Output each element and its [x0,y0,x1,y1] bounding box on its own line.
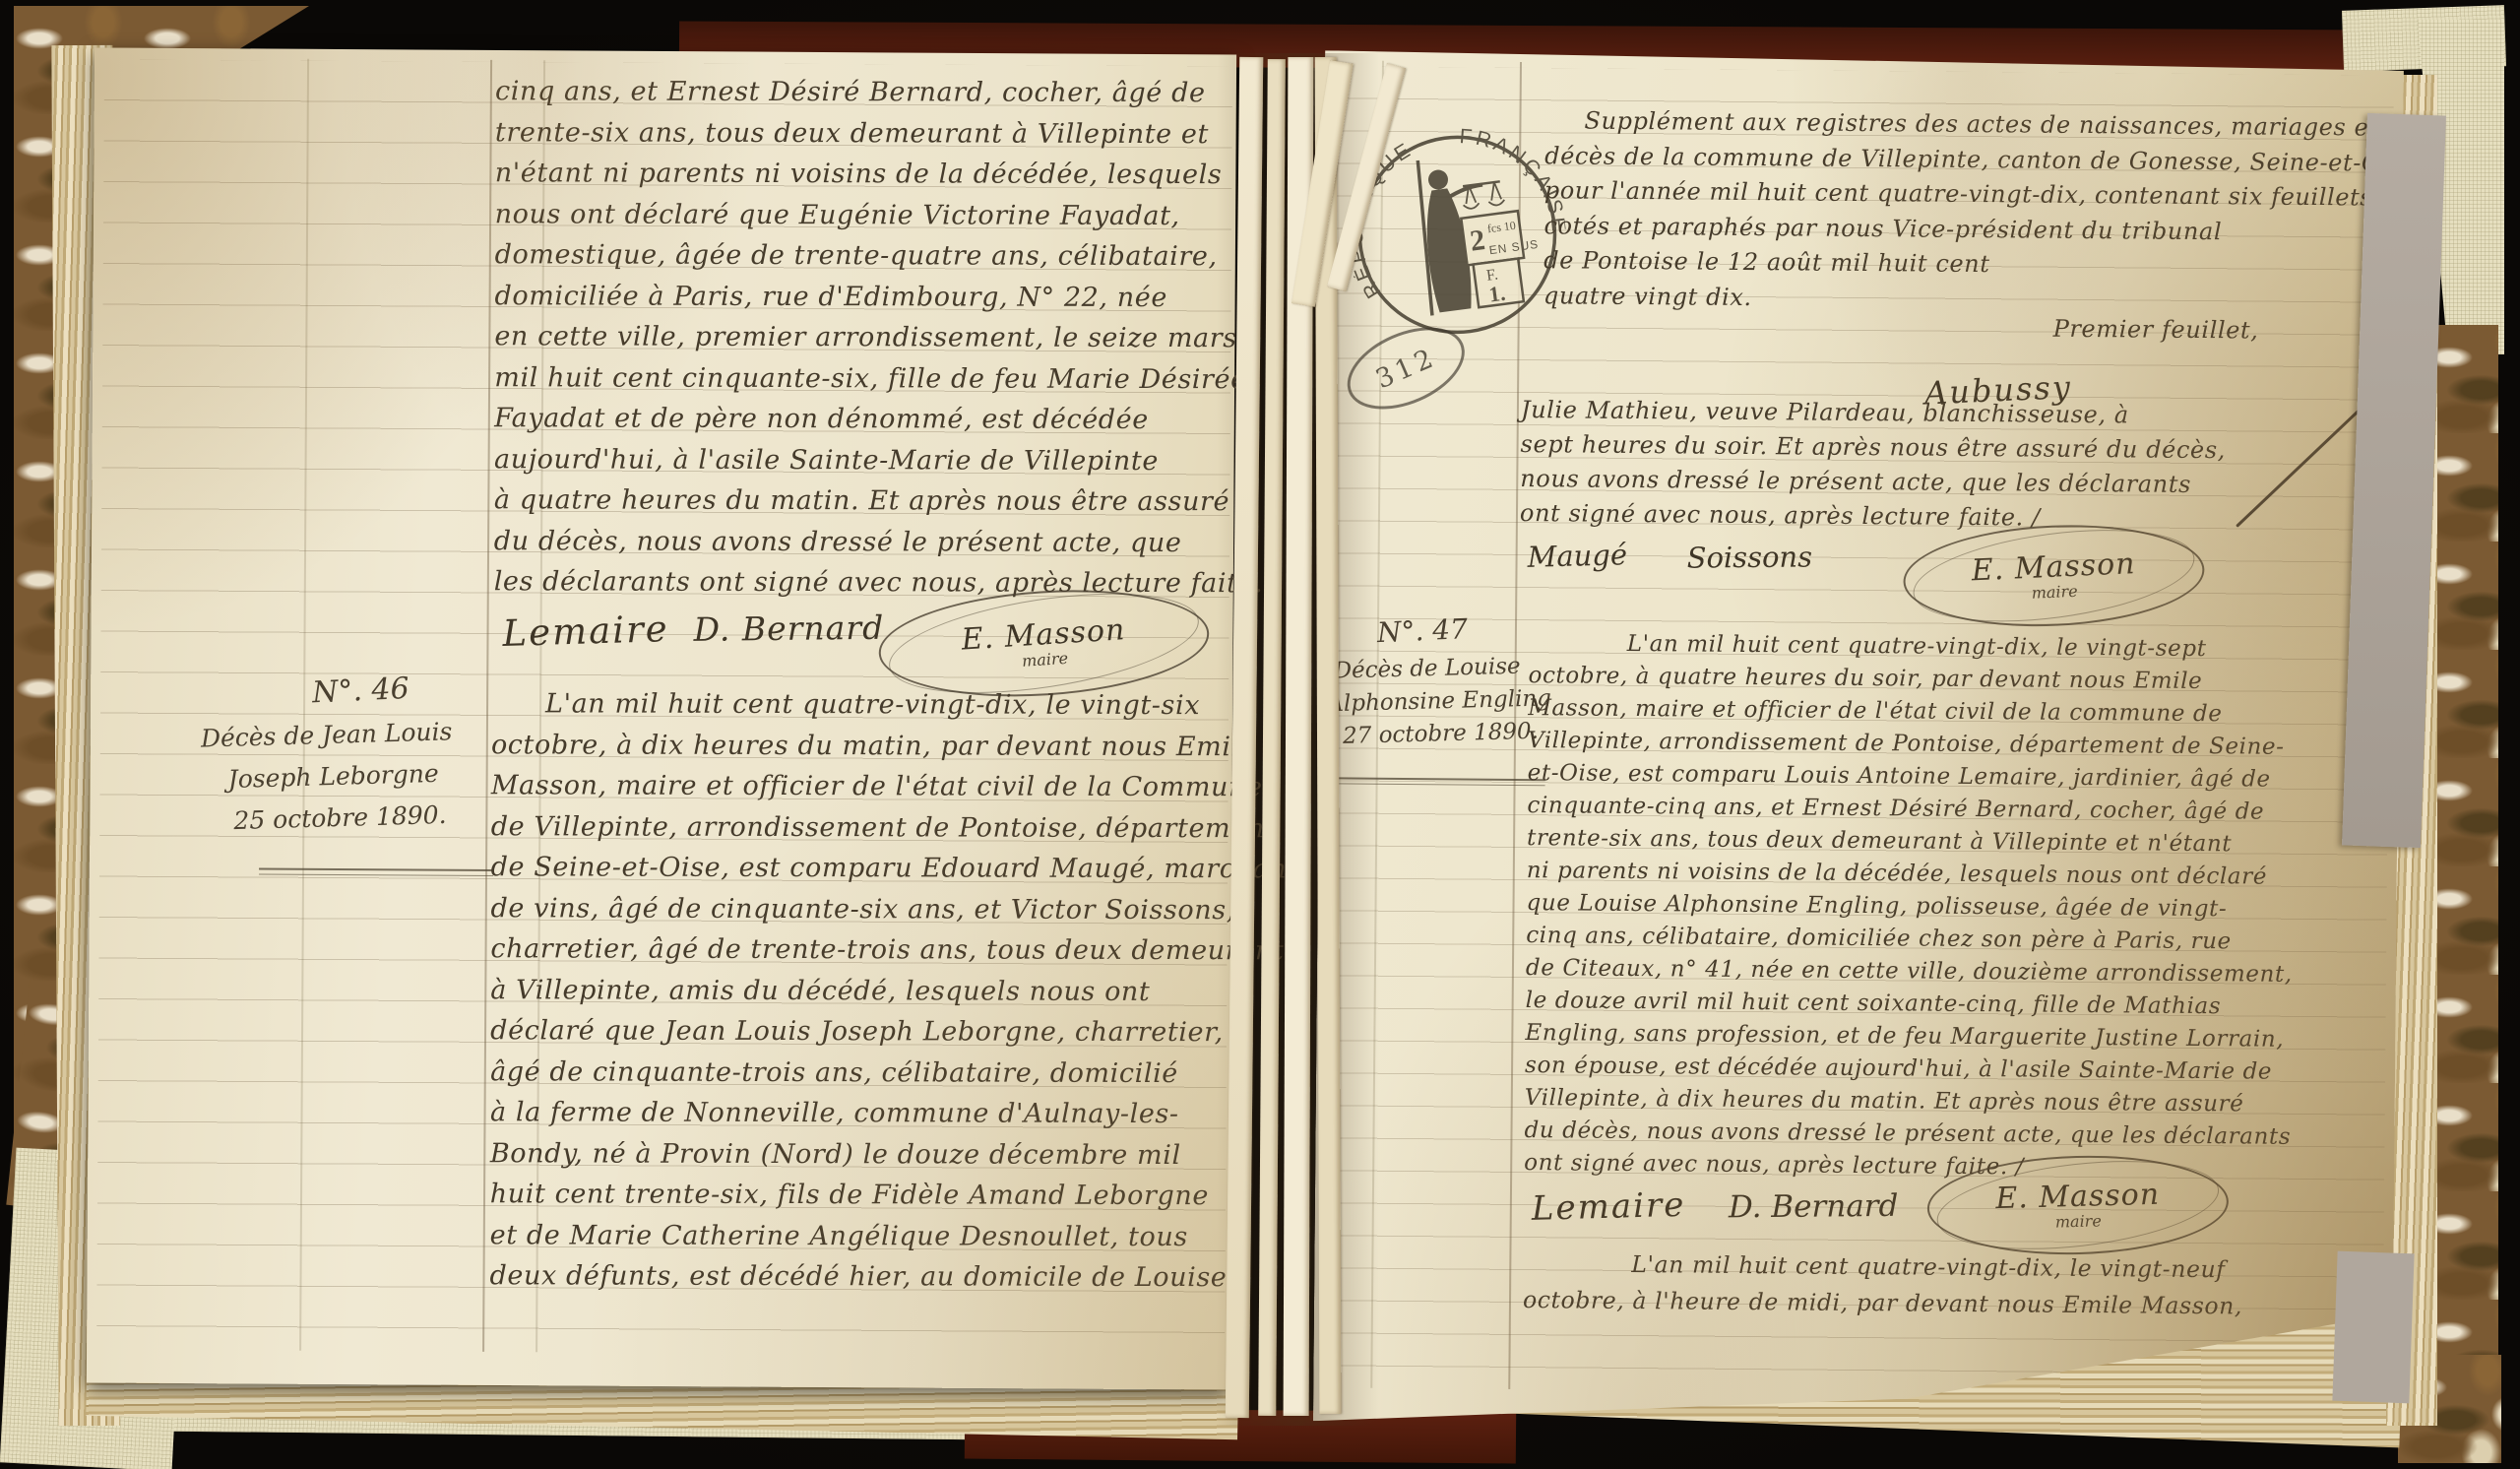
handwritten-line: octobre, à dix heures du matin, par deva… [491,725,1225,767]
handwritten-line: déclaré que Jean Louis Joseph Leborgne, … [490,1010,1224,1053]
act-46-text: L'an mil huit cent quatre-vingt-dix, le … [490,683,1226,1298]
handwritten-line: domestique, âgée de trente-quatre ans, c… [495,234,1228,277]
margin-note-46-line1: Décès de Jean Louis [201,717,453,752]
mayor-signature-title: maire [1021,649,1068,671]
handwritten-line: charretier, âgé de trente-trois ans, tou… [490,928,1224,971]
margin-note-47-number: N°. 47 [1376,612,1468,649]
mayor-signature-name: E. Masson [1971,546,2136,588]
handwritten-line: domiciliée à Paris, rue d'Edimbourg, N° … [494,276,1228,318]
handwritten-line: en cette ville, premier arrondissement, … [494,316,1228,358]
left-page: cinq ans, et Ernest Désiré Bernard, coch… [87,47,1236,1389]
handwritten-line: n'étant ni parents ni voisins de la décé… [495,153,1228,195]
supplement-header-text: Supplément aux registres des actes de na… [1543,103,2362,320]
signature-bernard-45: D. Bernard [693,608,884,649]
act-47-text: L'an mil huit cent quatre-vingt-dix, le … [1524,627,2356,1186]
handwritten-line: Fayadat et de père non dénommé, est décé… [494,398,1228,440]
handwritten-line: et de Marie Catherine Angélique Desnoull… [490,1215,1224,1257]
signature-mauge: Maugé [1527,538,1627,574]
act-48-start-text: L'an mil huit cent quatre-vingt-dix, le … [1523,1245,2351,1325]
handwritten-line: Masson, maire et officier de l'état civi… [491,765,1225,807]
handwritten-line: mil huit cent cinquante-six, fille de fe… [494,357,1228,400]
handwritten-line: huit cent trente-six, fils de Fidèle Ama… [490,1174,1224,1216]
handwritten-line: âgé de cinquante-trois ans, célibataire,… [490,1052,1224,1094]
act-45-continuation-text: cinq ans, et Ernest Désiré Bernard, coch… [494,71,1228,604]
handwritten-line: aujourd'hui, à l'asile Sainte-Marie de V… [494,439,1228,481]
handwritten-line: cinq ans, et Ernest Désiré Bernard, coch… [495,71,1228,113]
stamp-one: 1. [1487,281,1507,307]
handwritten-line: Bondy, né à Provin (Nord) le douze décem… [490,1133,1224,1176]
handwritten-line: à la ferme de Nonneville, commune d'Auln… [490,1092,1224,1134]
mayor-oval-signature-top: E. Masson maire [1901,519,2206,632]
handwritten-line: nous ont déclaré que Eugénie Victorine F… [495,194,1228,236]
handwritten-line: L'an mil huit cent quatre-vingt-dix, le … [491,683,1225,726]
left-margin-rule-inner [299,59,309,1351]
mayor-signature-name: E. Masson [1995,1178,2161,1216]
handwritten-line: deux défunts, est décédé hier, au domici… [490,1255,1224,1298]
signature-bernard-47: D. Bernard [1729,1188,1899,1226]
feuillet-note: Premier feuillet, [2053,315,2259,345]
margin-note-46-line2: Joseph Leborgne [227,759,439,794]
signature-lemaire-47: Lemaire [1531,1185,1685,1229]
margin-note-46-line3: 25 octobre 1890. [233,800,447,835]
handwritten-line: de vins, âgé de cinquante-six ans, et Vi… [490,888,1224,930]
handwritten-line: trente-six ans, tous deux demeurant à Vi… [495,112,1228,155]
handwritten-line: de Seine-et-Oise, est comparu Edouard Ma… [491,847,1225,889]
handwritten-line: à quatre heures du matin. Et après nous … [494,479,1228,522]
handwritten-line: quatre vingt dix. [1543,279,2361,321]
handwritten-line: octobre, à l'heure de midi, par devant n… [1523,1282,2350,1325]
signature-lemaire-45: Lemaire [502,607,669,655]
right-page: RÉPUBLIQUE FRANÇAISE 2 fcs 10 EN SU [1313,50,2404,1431]
handwritten-line: de Villepinte, arrondissement de Pontois… [491,806,1225,849]
signature-soissons: Soissons [1686,540,1812,574]
mayor-signature-title: maire [2055,1211,2102,1231]
handwritten-line: du décès, nous avons dressé le présent a… [494,521,1228,563]
handwritten-line: à Villepinte, amis du décédé, lesquels n… [490,970,1224,1012]
margin-note-46-underline [259,868,493,876]
mayor-signature-title: maire [2031,582,2078,603]
act-continuation-text: Julie Mathieu, veuve Pilardeau, blanchis… [1520,393,2338,538]
blotter-strip-bottom [2332,1251,2414,1404]
handwritten-line: ont signé avec nous, après lecture faite… [1520,496,2337,538]
registration-number: 312 [1371,342,1441,395]
mayor-signature-name: E. Masson [961,612,1127,658]
register-book-photo: cinq ans, et Ernest Désiré Bernard, coch… [0,0,2520,1469]
margin-note-46-number: N°. 46 [311,671,409,711]
